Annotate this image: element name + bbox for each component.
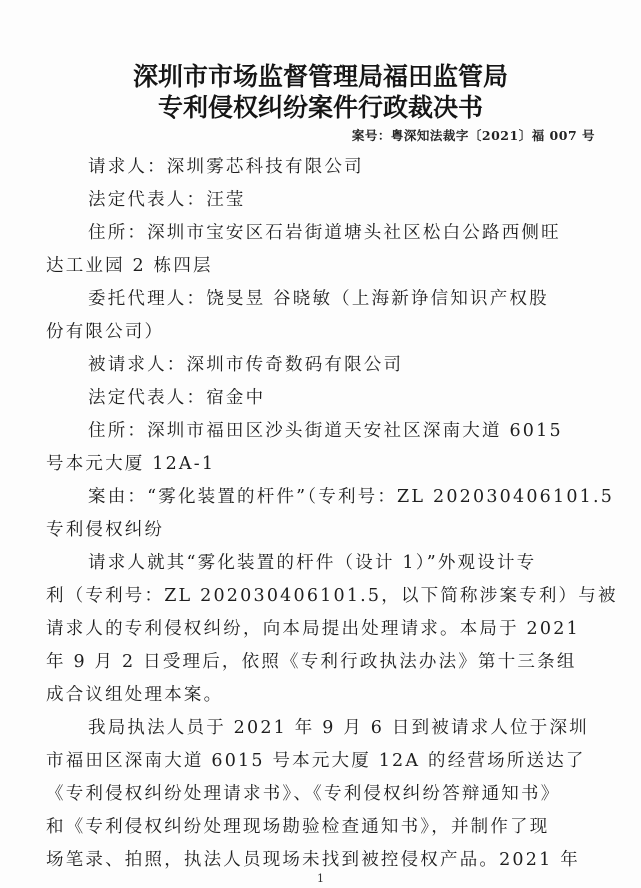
case-cause-line: 案由：“雾化装置的杆件”（专利号：ZL 202030406101.5: [88, 483, 614, 508]
paragraph-2-line-4: 和《专利侵权纠纷处理现场勘验检查通知书》，并制作了现: [46, 813, 549, 838]
document-page: 深圳市市场监督管理局福田监管局 专利侵权纠纷案件行政裁决书 案号：粤深知法裁字〔…: [0, 0, 641, 888]
agent-line: 委托代理人：饶旻昱 谷晓敏（上海新诤信知识产权股: [88, 285, 549, 310]
paragraph-1-line-2: 利（专利号：ZL 202030406101.5，以下简称涉案专利）与被: [46, 582, 618, 607]
respondent-legal-rep-line: 法定代表人：宿金中: [88, 384, 265, 409]
paragraph-1-line-3: 请求人的专利侵权纠纷，向本局提出处理请求。本局于 2021: [46, 615, 580, 640]
requester-legal-rep-line: 法定代表人：汪莹: [88, 186, 246, 211]
paragraph-2-line-3: 《专利侵权纠纷处理请求书》、《专利侵权纠纷答辩通知书》: [46, 780, 560, 805]
respondent-line: 被请求人：深圳市传奇数码有限公司: [88, 351, 403, 376]
case-cause-cont-line: 专利侵权纠纷: [46, 516, 164, 541]
paragraph-1-line-1: 请求人就其“雾化装置的杆件（设计 1）”外观设计专: [88, 549, 536, 574]
page-number: 1: [0, 872, 641, 885]
paragraph-1-line-4: 年 9 月 2 日受理后，依照《专利行政执法办法》第十三条组: [46, 648, 577, 673]
respondent-address-line: 住所：深圳市福田区沙头街道天安社区深南大道 6015: [88, 417, 563, 442]
requester-address-cont-line: 达工业园 2 栋四层: [46, 252, 213, 277]
respondent-address-cont-line: 号本元大厦 12A-1: [46, 450, 215, 475]
paragraph-1-line-5: 成合议组处理本案。: [46, 681, 223, 706]
case-number: 案号：粤深知法裁字〔2021〕福 007 号: [352, 126, 595, 144]
paragraph-2-line-2: 市福田区深南大道 6015 号本元大厦 12A 的经营场所送达了: [46, 747, 586, 772]
paragraph-2-line-5: 场笔录、拍照，执法人员现场未找到被控侵权产品。2021 年: [46, 846, 580, 871]
paragraph-2-line-1: 我局执法人员于 2021 年 9 月 6 日到被请求人位于深圳: [88, 714, 589, 739]
requester-line: 请求人：深圳雾芯科技有限公司: [88, 153, 364, 178]
document-title-line-2: 专利侵权纠纷案件行政裁决书: [0, 88, 641, 124]
agent-cont-line: 份有限公司）: [46, 318, 164, 343]
requester-address-line: 住所：深圳市宝安区石岩街道塘头社区松白公路西侧旺: [88, 219, 561, 244]
